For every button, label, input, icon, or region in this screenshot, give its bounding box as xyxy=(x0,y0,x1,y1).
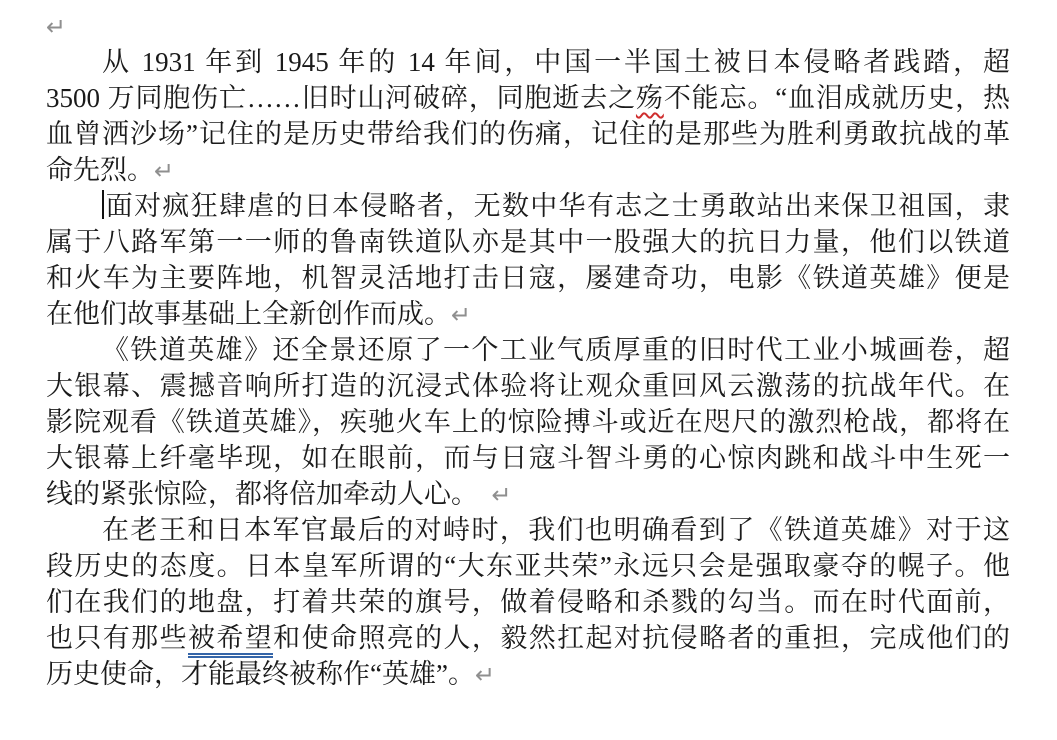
text-run: 3500 万同胞伤亡……旧时山河破碎，同胞逝去之 xyxy=(46,83,636,113)
text-line[interactable]: ↵ xyxy=(46,8,1010,44)
text-line[interactable]: 在他们故事基础上全新创作而成。↵ xyxy=(46,296,1010,332)
paragraph-mark-icon: ↵ xyxy=(451,301,471,329)
text-line[interactable]: 大银幕上纤毫毕现，如在眼前，而与日寇斗智斗勇的心惊肉跳和战斗中生死一 xyxy=(46,440,1010,476)
text-run: 大银幕、震撼音响所打造的沉浸式体验将让观众重回风云激荡的抗战年代。在 xyxy=(46,371,1010,401)
text-cursor-caret xyxy=(102,190,104,219)
paragraph-mark-icon: ↵ xyxy=(492,481,512,509)
paragraph: 在老王和日本军官最后的对峙时，我们也明确看到了《铁道英雄》对于这段历史的态度。日… xyxy=(46,512,1010,692)
text-run: 也只有那些 xyxy=(46,623,188,653)
paragraph-mark-icon: ↵ xyxy=(46,13,66,41)
text-line[interactable]: 3500 万同胞伤亡……旧时山河破碎，同胞逝去之殇不能忘。“血泪成就历史，热 xyxy=(46,80,1010,116)
text-line[interactable]: 影院观看《铁道英雄》，疾驰火车上的惊险搏斗或近在咫尺的激烈枪战，都将在 xyxy=(46,404,1010,440)
paragraph: 从 1931 年到 1945 年的 14 年间，中国一半国土被日本侵略者践踏，超… xyxy=(46,44,1010,188)
text-run: 不能忘。“血泪成就历史，热 xyxy=(664,83,1010,113)
text-line[interactable]: 从 1931 年到 1945 年的 14 年间，中国一半国土被日本侵略者践踏，超 xyxy=(46,44,1010,80)
paragraph: ↵ xyxy=(46,8,1010,44)
text-line[interactable]: 段历史的态度。日本皇军所谓的“大东亚共荣”永远只会是强取豪夺的幌子。他 xyxy=(46,548,1010,584)
text-line[interactable]: 面对疯狂肆虐的日本侵略者，无数中华有志之士勇敢站出来保卫祖国，隶 xyxy=(46,188,1010,224)
text-run: 《铁道英雄》还全景还原了一个工业气质厚重的旧时代工业小城画卷，超 xyxy=(102,335,1010,365)
text-run: 影院观看《铁道英雄》，疾驰火车上的惊险搏斗或近在咫尺的激烈枪战，都将在 xyxy=(46,407,1010,437)
text-line[interactable]: 大银幕、震撼音响所打造的沉浸式体验将让观众重回风云激荡的抗战年代。在 xyxy=(46,368,1010,404)
text-run: 属于八路军第一一师的鲁南铁道队亦是其中一股强大的抗日力量，他们以铁道 xyxy=(46,227,1010,257)
text-line[interactable]: 在老王和日本军官最后的对峙时，我们也明确看到了《铁道英雄》对于这 xyxy=(46,512,1010,548)
text-line[interactable]: 历史使命，才能最终被称作“英雄”。↵ xyxy=(46,656,1010,692)
text-run: 们在我们的地盘，打着共荣的旗号，做着侵略和杀戮的勾当。而在时代面前， xyxy=(46,587,1010,617)
text-run: 在老王和日本军官最后的对峙时，我们也明确看到了《铁道英雄》对于这 xyxy=(102,515,1010,545)
text-line[interactable]: 也只有那些被希望和使命照亮的人，毅然扛起对抗侵略者的重担，完成他们的 xyxy=(46,620,1010,656)
text-line[interactable]: 命先烈。↵ xyxy=(46,152,1010,188)
text-run: 和火车为主要阵地，机智灵活地打击日寇，屡建奇功，电影《铁道英雄》便是 xyxy=(46,263,1010,293)
text-line[interactable]: 属于八路军第一一师的鲁南铁道队亦是其中一股强大的抗日力量，他们以铁道 xyxy=(46,224,1010,260)
text-run: 段历史的态度。日本皇军所谓的“大东亚共荣”永远只会是强取豪夺的幌子。他 xyxy=(46,551,1010,581)
text-run: 历史使命，才能最终被称作“英雄”。 xyxy=(46,659,475,689)
text-run: 血曾洒沙场”记住的是历史带给我们的伤痛，记住的是那些为胜利勇敢抗战的革 xyxy=(46,119,1010,149)
text-run: 大银幕上纤毫毕现，如在眼前，而与日寇斗智斗勇的心惊肉跳和战斗中生死一 xyxy=(46,443,1010,473)
text-run: 面对疯狂肆虐的日本侵略者，无数中华有志之士勇敢站出来保卫祖国，隶 xyxy=(105,191,1011,221)
paragraph: 面对疯狂肆虐的日本侵略者，无数中华有志之士勇敢站出来保卫祖国，隶属于八路军第一一… xyxy=(46,188,1010,332)
spellcheck-flagged-word: 殇 xyxy=(636,83,664,113)
paragraph: 《铁道英雄》还全景还原了一个工业气质厚重的旧时代工业小城画卷，超大银幕、震撼音响… xyxy=(46,332,1010,512)
text-run: 命先烈。 xyxy=(46,155,154,185)
document-page[interactable]: ↵从 1931 年到 1945 年的 14 年间，中国一半国土被日本侵略者践踏，… xyxy=(0,0,1057,740)
paragraph-mark-icon: ↵ xyxy=(154,157,174,185)
text-line[interactable]: 和火车为主要阵地，机智灵活地打击日寇，屡建奇功，电影《铁道英雄》便是 xyxy=(46,260,1010,296)
text-run: 和使命照亮的人，毅然扛起对抗侵略者的重担，完成他们的 xyxy=(273,623,1010,653)
text-line[interactable]: 《铁道英雄》还全景还原了一个工业气质厚重的旧时代工业小城画卷，超 xyxy=(46,332,1010,368)
text-line[interactable]: 们在我们的地盘，打着共荣的旗号，做着侵略和杀戮的勾当。而在时代面前， xyxy=(46,584,1010,620)
text-run: 线的紧张惊险，都将倍加牵动人心。 xyxy=(46,479,492,509)
grammar-flagged-word: 被希望 xyxy=(188,623,273,658)
paragraph-mark-icon: ↵ xyxy=(475,661,495,689)
text-line[interactable]: 线的紧张惊险，都将倍加牵动人心。 ↵ xyxy=(46,476,1010,512)
text-run: 从 1931 年到 1945 年的 14 年间，中国一半国土被日本侵略者践踏，超 xyxy=(102,47,1010,77)
text-line[interactable]: 血曾洒沙场”记住的是历史带给我们的伤痛，记住的是那些为胜利勇敢抗战的革 xyxy=(46,116,1010,152)
text-run: 在他们故事基础上全新创作而成。 xyxy=(46,299,451,329)
